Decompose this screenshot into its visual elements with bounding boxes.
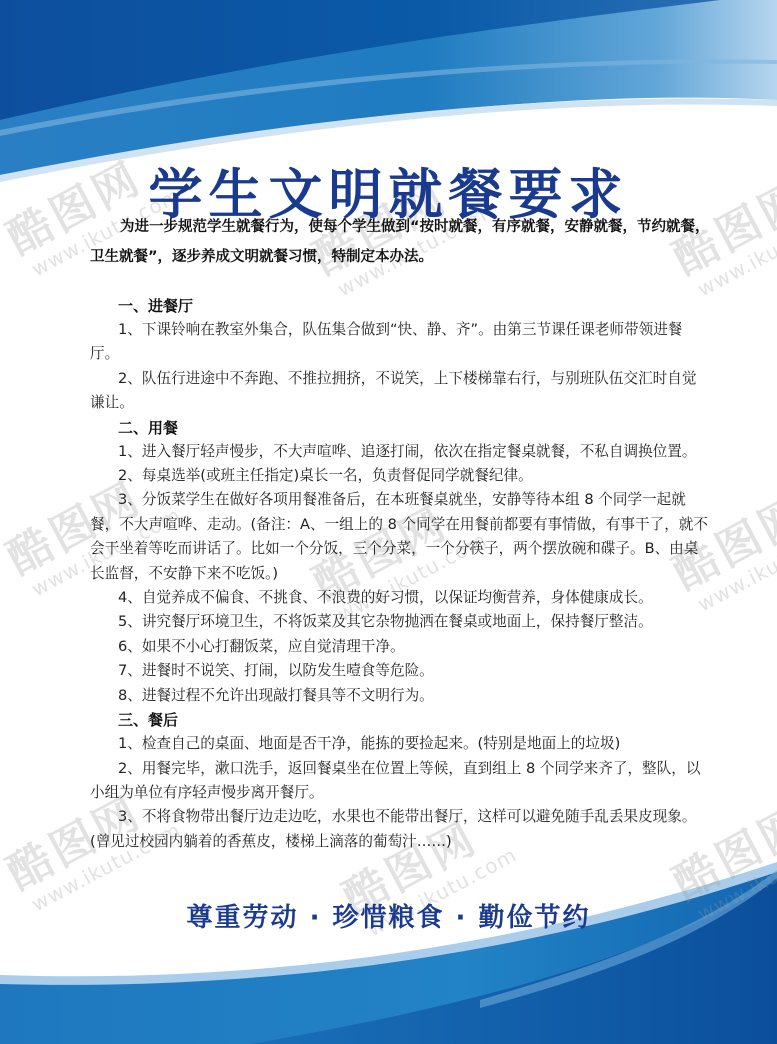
section-after-meal: 三、餐后 1、检查自己的桌面、地面是否干净，能拣的要捡起来。(特别是地面上的垃圾… (90, 708, 710, 854)
rule-item: 3、分饭菜学生在做好各项用餐准备后，在本班餐桌就坐，安静等待本组 8 个同学一起… (90, 488, 710, 586)
rule-item: 2、队伍行进途中不奔跑、不推拉拥挤，不说笑，上下楼梯靠右行，与别班队伍交汇时自觉… (90, 367, 710, 416)
rule-item: 3、不将食物带出餐厅边走边吃，水果也不能带出餐厅，这样可以避免随手乱丢果皮现象。… (90, 805, 710, 854)
rule-item: 6、如果不小心打翻饭菜，应自觉清理干净。 (90, 635, 710, 659)
rule-item: 1、检查自己的桌面、地面是否干净，能拣的要捡起来。(特别是地面上的垃圾) (90, 732, 710, 756)
rule-item: 2、用餐完毕，漱口洗手，返回餐桌坐在位置上等候，直到组上 8 个同学来齐了，整队… (90, 757, 710, 806)
section-dining: 二、用餐 1、进入餐厅轻声慢步，不大声喧哗、追逐打闹，依次在指定餐桌就餐，不私自… (90, 416, 710, 708)
section-heading: 一、进餐厅 (90, 294, 710, 318)
rule-item: 5、讲究餐厅环境卫生，不将饭菜及其它杂物抛洒在餐桌或地面上，保持餐厅整洁。 (90, 610, 710, 634)
rule-item: 1、进入餐厅轻声慢步，不大声喧哗、追逐打闹，依次在指定餐桌就餐，不私自调换位置。 (90, 440, 710, 464)
section-enter-canteen: 一、进餐厅 1、下课铃响在教室外集合，队伍集合做到“快、静、齐”。由第三节课任课… (90, 294, 710, 416)
section-heading: 二、用餐 (90, 416, 710, 440)
slogan: 尊重劳动 · 珍惜粮食 · 勤俭节约 (0, 898, 777, 938)
section-heading: 三、餐后 (90, 708, 710, 732)
rule-item: 2、每桌选举(或班主任指定)桌长一名，负责督促同学就餐纪律。 (90, 464, 710, 488)
intro-paragraph: 为进一步规范学生就餐行为，使每个学生做到“按时就餐，有序就餐，安静就餐，节约就餐… (90, 212, 710, 272)
rule-item: 8、进餐过程不允许出现敲打餐具等不文明行为。 (90, 684, 710, 708)
poster-body: 为进一步规范学生就餐行为，使每个学生做到“按时就餐，有序就餐，安静就餐，节约就餐… (90, 212, 710, 854)
rule-item: 1、下课铃响在教室外集合，队伍集合做到“快、静、齐”。由第三节课任课老师带领进餐… (90, 318, 710, 367)
rule-item: 7、进餐时不说笑、打闹，以防发生噎食等危险。 (90, 659, 710, 683)
rule-item: 4、自觉养成不偏食、不挑食、不浪费的好习惯，以保证均衡营养，身体健康成长。 (90, 586, 710, 610)
